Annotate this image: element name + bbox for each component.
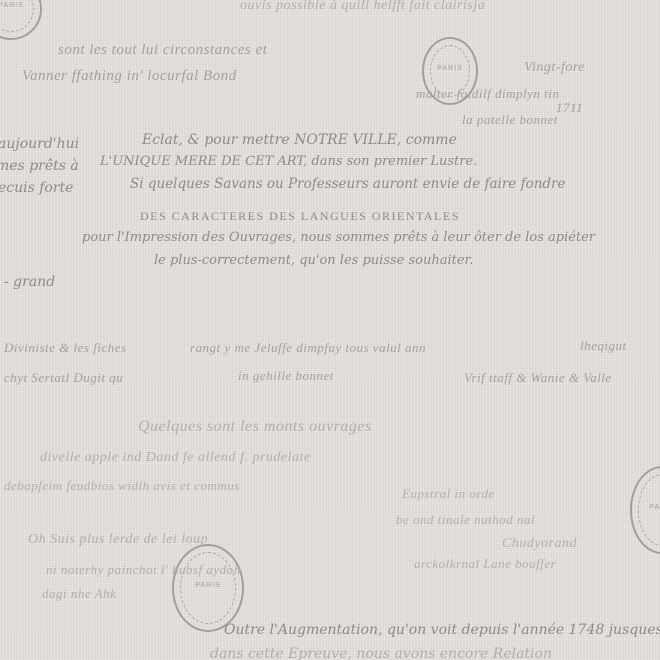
handwriting-line: ouvis possible à quill helfft fait clair…: [240, 0, 485, 14]
handwriting-line: Chudyorand: [502, 536, 577, 552]
printed-text-fragment: - grand: [4, 274, 55, 290]
printed-text-fragment: mes prêts à: [0, 158, 79, 174]
handwriting-line: Oh Suis plus lerde de lei loup: [28, 532, 208, 548]
stamp-label: PARIS: [174, 582, 242, 589]
handwriting-line: 1711: [556, 100, 583, 116]
printed-text-line: Si quelques Savans ou Professeurs auront…: [130, 176, 565, 192]
printed-text-line: le plus-correctement, qu'on les puisse s…: [154, 253, 473, 268]
handwriting-line: Quelques sont les monts ouvrages: [138, 418, 372, 436]
postmark-stamp-bottom-left: PARIS: [172, 544, 244, 632]
handwriting-line: Vanner ffathing in' locurfal Bond: [22, 68, 237, 85]
wallpaper-texture: PARIS PARIS PARIS PARIS sont les tout lu…: [0, 0, 660, 660]
stamp-label: PARIS: [0, 2, 40, 9]
postmark-stamp-top-left: PARIS: [0, 0, 42, 40]
printed-text-line: L'UNIQUE MERE DE CET ART, dans son premi…: [100, 154, 477, 169]
handwriting-line: sont les tout lui circonstances et: [58, 42, 267, 59]
postmark-stamp-right-edge: PARIS: [630, 466, 660, 554]
printed-text-line: dans cette Epreuve, nous avons encore Re…: [210, 646, 552, 660]
handwriting-line: lheqigut: [580, 338, 627, 354]
handwriting-line: Vrif ttaff & Wanie & Valle: [464, 370, 612, 386]
handwriting-line: Vingt-fore: [524, 60, 585, 76]
stamp-label: PARIS: [424, 65, 476, 72]
handwriting-line: divelle apple ind Dand fe allend f. prud…: [40, 450, 311, 466]
printed-text-fragment: aujourd'hui: [0, 136, 79, 152]
handwriting-line: ni noterhy painchot l' hubsf aydoh: [46, 562, 241, 578]
handwriting-line: chyt Sertatl Dugit qu: [4, 370, 123, 386]
printed-text-fragment: ecuis forte: [0, 180, 73, 196]
handwriting-line: in gehille bonnet: [238, 368, 334, 384]
printed-text-line: Outre l'Augmentation, qu'on voit depuis …: [224, 622, 660, 638]
handwriting-line: Diviniste & les fiches: [4, 340, 127, 356]
printed-text-line: Eclat, & pour mettre NOTRE VILLE, comme: [142, 132, 457, 148]
handwriting-line: dagi nhe Ahk: [42, 586, 116, 602]
handwriting-line: debapfeim feudbios widlh avis et commus: [4, 478, 240, 494]
printed-text-line: pour l'Impression des Ouvrages, nous som…: [82, 230, 595, 245]
handwriting-line: Eupstral in orde: [402, 486, 495, 502]
handwriting-line: malter fotdilf dimplyn tin: [416, 86, 559, 102]
printed-text-line: DES CARACTERES DES LANGUES ORIENTALES: [140, 209, 460, 224]
stamp-label: PARIS: [632, 504, 660, 511]
handwriting-line: arckolkrnal Lane bouffer: [414, 556, 556, 572]
handwriting-line: be ond tinale nuthod nal: [396, 512, 535, 528]
handwriting-line: la patelle bonnet: [462, 112, 558, 128]
handwriting-line: rangt y me Jeluffe dimpfuy tous valul an…: [190, 340, 426, 356]
